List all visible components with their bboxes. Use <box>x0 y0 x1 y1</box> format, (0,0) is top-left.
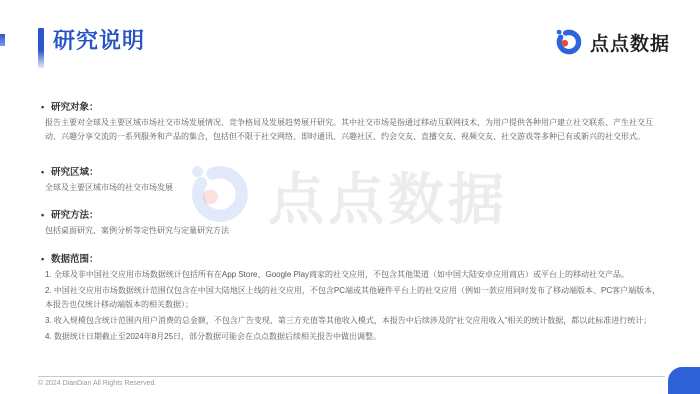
section-research-method: • 研究方法： 包括桌面研究、案例分析等定性研究与定量研究方法 <box>45 209 667 238</box>
page-title: 研究说明 <box>53 28 145 54</box>
data-scope-item: 1. 全球及非中国社交应用市场数据统计包括所有在App Store、Google… <box>45 268 667 282</box>
section-header: • 研究方法： <box>45 209 667 222</box>
corner-decoration <box>668 367 700 394</box>
brand-logo: 点点数据 <box>554 27 670 57</box>
data-scope-item: 3. 收入规模包含统计范围内用户消费的总金额，不包含广告变现、第三方充值等其他收… <box>45 314 667 328</box>
section-research-region: • 研究区域： 全球及主要区域市场的社交市场发展 <box>45 166 667 195</box>
section-header-label: 研究方法： <box>51 210 99 222</box>
diandian-logo-icon <box>554 27 584 57</box>
section-header: • 研究对象： <box>45 101 667 114</box>
section-research-object: • 研究对象： 报告主要对全球及主要区域市场社交市场发展情况、竞争格局及发展趋势… <box>45 101 667 144</box>
slide: 研究说明 点点数据 点点数据 • 研究对象： <box>0 0 700 394</box>
data-scope-item: 4. 数据统计日期截止至2024年8月25日，部分数据可能会在点点数据后续相关报… <box>45 330 667 344</box>
section-data-scope: • 数据范围： 1. 全球及非中国社交应用市场数据统计包括所有在App Stor… <box>45 253 667 344</box>
section-header-label: 研究对象： <box>51 102 99 114</box>
content-area: • 研究对象： 报告主要对全球及主要区域市场社交市场发展情况、竞争格局及发展趋势… <box>45 101 667 346</box>
bullet-icon: • <box>41 209 51 221</box>
bullet-icon: • <box>41 253 51 265</box>
section-header: • 数据范围： <box>45 253 667 266</box>
section-body-text: 全球及主要区域市场的社交市场发展 <box>45 181 667 195</box>
data-scope-list: 1. 全球及非中国社交应用市场数据统计包括所有在App Store、Google… <box>45 268 667 344</box>
data-scope-item: 2. 中国社交应用市场数据统计范围仅包含在中国大陆地区上线的社交应用，不包含PC… <box>45 284 667 312</box>
section-body-text: 包括桌面研究、案例分析等定性研究与定量研究方法 <box>45 224 667 238</box>
copyright-text: © 2024 DianDian All Rights Reserved. <box>38 380 156 387</box>
title-accent-bar <box>38 28 44 68</box>
bullet-icon: • <box>41 101 51 113</box>
edge-accent-chip <box>0 34 5 46</box>
section-header-label: 数据范围： <box>51 254 99 266</box>
footer-divider <box>38 376 665 377</box>
section-body-text: 报告主要对全球及主要区域市场社交市场发展情况、竞争格局及发展趋势展开研究。其中社… <box>45 116 667 144</box>
brand-logo-text: 点点数据 <box>590 29 670 56</box>
section-header-label: 研究区域： <box>51 167 99 179</box>
page-title-block: 研究说明 <box>38 28 145 68</box>
bullet-icon: • <box>41 166 51 178</box>
section-header: • 研究区域： <box>45 166 667 179</box>
